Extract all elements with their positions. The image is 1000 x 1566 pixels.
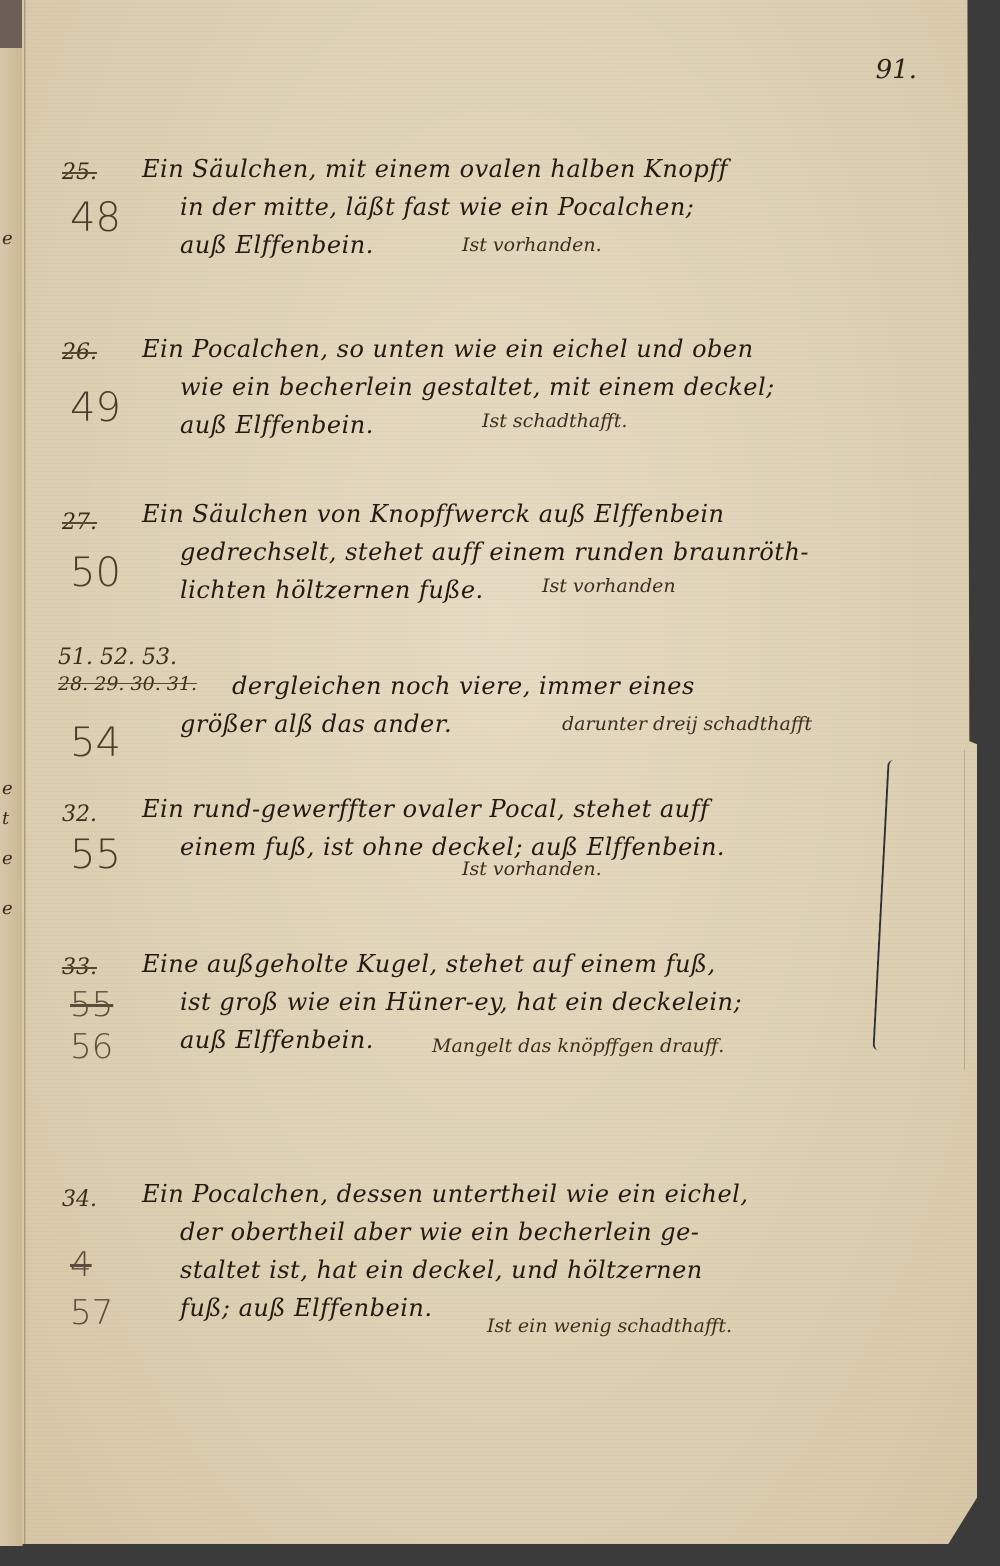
new-item-number: 56 — [70, 1027, 113, 1067]
old-item-number: 34. — [62, 1187, 97, 1212]
manuscript-page: 91. 25. 48 Ein Säulchen, mit einem ovale… — [22, 0, 977, 1544]
previous-page-top-edge — [0, 0, 22, 48]
entry-text: Ein rund-gewerffter ovaler Pocal, stehet… — [142, 790, 962, 866]
condition-note: Ist vorhanden. — [462, 858, 602, 880]
entry-line: ist groß wie ein Hüner-ey, hat ein decke… — [142, 983, 962, 1021]
new-item-number: 57 — [70, 1293, 113, 1333]
entry-line: wie ein becherlein gestaltet, mit einem … — [142, 368, 962, 406]
new-item-number: 49 — [70, 385, 121, 431]
entry-line: gedrechselt, stehet auff einem runden br… — [142, 533, 962, 571]
old-item-number: 28. 29. 30. 31. — [58, 673, 197, 695]
margin-mark: e — [2, 848, 13, 869]
folio-number: 91. — [876, 55, 917, 85]
new-item-number: 55 — [70, 832, 121, 878]
entry-line: der obertheil aber wie ein becherlein ge… — [142, 1213, 962, 1251]
old-item-number: 32. — [62, 802, 97, 827]
entry-line: Ein Säulchen, mit einem ovalen halben Kn… — [142, 150, 962, 188]
old-item-number: 33. — [62, 955, 97, 980]
old-item-number: 26. — [62, 340, 97, 365]
entry-line: staltet ist, hat ein deckel, und höltzer… — [142, 1251, 962, 1289]
old-item-number: 27. — [62, 510, 97, 535]
margin-mark: e — [2, 898, 13, 919]
margin-mark: t — [2, 808, 9, 829]
new-item-number: 54 — [70, 720, 121, 766]
new-item-numbers-above: 51. 52. 53. — [58, 645, 177, 670]
new-item-number: 50 — [70, 550, 121, 596]
struck-item-number: 4 — [70, 1245, 92, 1285]
margin-mark: e — [2, 228, 13, 249]
entry-line: dergleichen noch viere, immer eines — [232, 667, 1000, 705]
margin-mark: e — [2, 778, 13, 799]
condition-note: darunter dreij schadthafft — [562, 713, 812, 735]
condition-note: Ist vorhanden. — [462, 234, 602, 256]
gutter-fold — [24, 0, 26, 1544]
entry-line: in der mitte, läßt fast wie ein Pocalche… — [142, 188, 962, 226]
condition-note: Ist ein wenig schadthafft. — [487, 1315, 732, 1337]
condition-note: Mangelt das knöpffgen drauff. — [432, 1035, 724, 1057]
entry-line: Ein rund-gewerffter ovaler Pocal, stehet… — [142, 790, 962, 828]
condition-note: Ist vorhanden — [542, 575, 676, 597]
entry-line: Ein Pocalchen, dessen untertheil wie ein… — [142, 1175, 962, 1213]
entry-text: Ein Pocalchen, dessen untertheil wie ein… — [142, 1175, 962, 1327]
struck-item-number: 55 — [70, 985, 113, 1025]
entry-line: Eine außgeholte Kugel, stehet auf einem … — [142, 945, 962, 983]
new-item-number: 48 — [70, 195, 121, 241]
entry-line: Ein Pocalchen, so unten wie ein eichel u… — [142, 330, 962, 368]
entry-line: Ein Säulchen von Knopffwerck auß Elffenb… — [142, 495, 962, 533]
condition-note: Ist schadthafft. — [482, 410, 627, 432]
old-item-number: 25. — [62, 160, 97, 185]
previous-page-edge: e e t e e — [0, 48, 23, 1546]
paper-repair-edge — [964, 750, 965, 1070]
